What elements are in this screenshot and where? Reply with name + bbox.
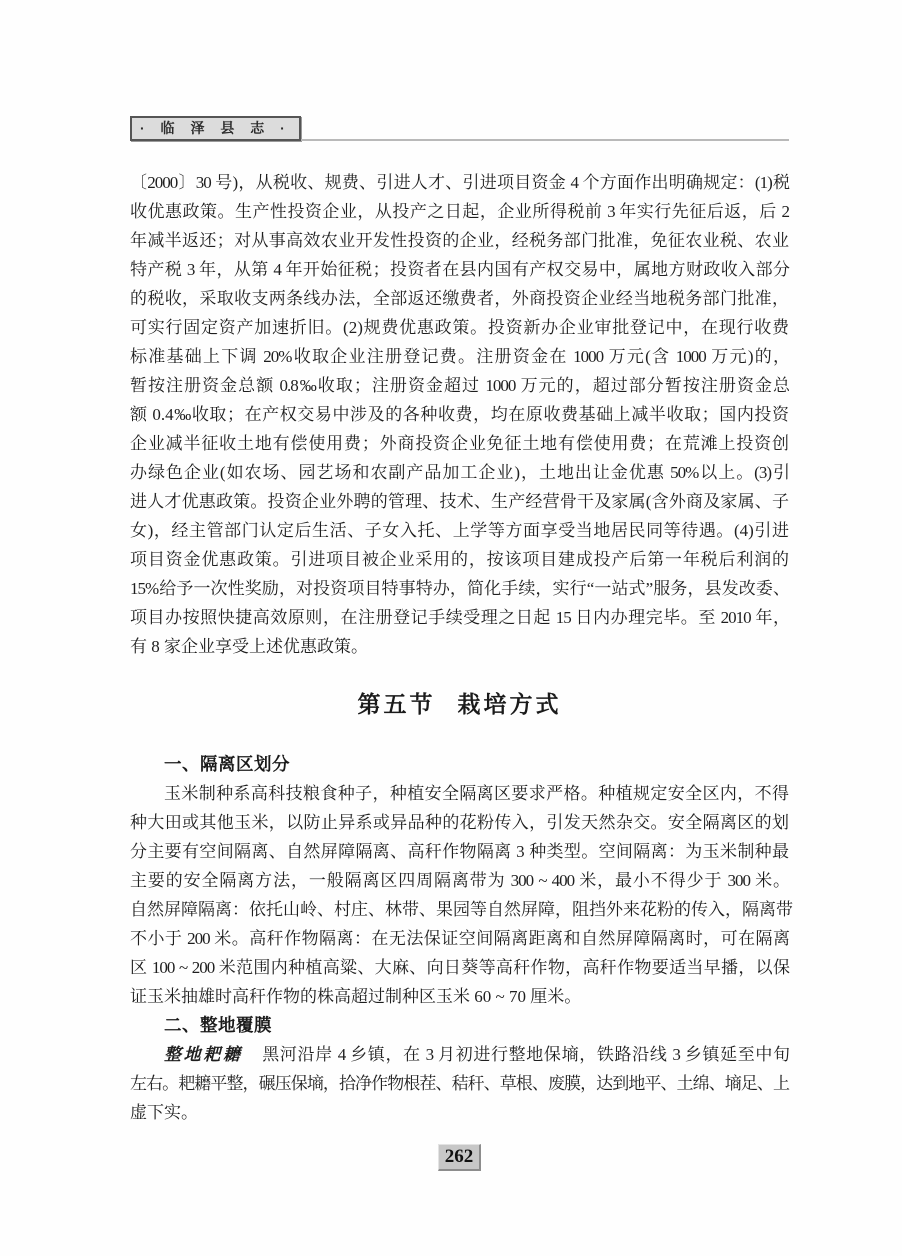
text-line: 15%给予一次性奖励，对投资项目特事特办，简化手续，实行“一站式”服务，县发改委…	[130, 574, 789, 603]
text-line: 虚下实。	[130, 1098, 789, 1127]
text-line: 收优惠政策。生产性投资企业，从投产之日起，企业所得税前 3 年实行先征后返，后 …	[130, 197, 789, 226]
text-line: 可实行固定资产加速折旧。(2)规费优惠政策。投资新办企业审批登记中，在现行收费	[130, 313, 789, 342]
text-line: 区 100 ~ 200 米范围内种植高粱、大麻、向日葵等高秆作物，高秆作物要适当…	[130, 953, 789, 982]
text-line: 〔2000〕30 号)，从税收、规费、引进人才、引进项目资金 4 个方面作出明确…	[130, 168, 789, 197]
text-line: 进人才优惠政策。投资企业外聘的管理、技术、生产经营骨干及家属(含外商及家属、子	[130, 487, 789, 516]
text-line: 种大田或其他玉米，以防止异系或异品种的花粉传入，引发天然杂交。安全隔离区的划	[130, 808, 789, 837]
text-line: 玉米制种系高科技粮食种子，种植安全隔离区要求严格。种植规定安全区内，不得	[130, 779, 789, 808]
subsection-heading-mulching: 二、整地覆膜	[130, 1011, 789, 1040]
text-run: 黑河沿岸 4 乡镇，在 3 月初进行整地保墒，铁路沿线 3 乡镇延至中旬	[261, 1045, 789, 1064]
text-line: 标准基础上下调 20%收取企业注册登记费。注册资金在 1000 万元(含 100…	[130, 342, 789, 371]
mulching-paragraph: 整地耙耱黑河沿岸 4 乡镇，在 3 月初进行整地保墒，铁路沿线 3 乡镇延至中旬…	[130, 1040, 789, 1127]
text-line: 额 0.4‰收取；在产权交易中涉及的各种收费，均在原收费基础上减半收取；国内投资	[130, 400, 789, 429]
book-title-box: · 临 泽 县 志 ·	[130, 116, 301, 141]
page-number: 262	[445, 1146, 474, 1168]
page-number-area: 262	[130, 1144, 789, 1171]
text-line: 项目办按照快捷高效原则，在注册登记手续受理之日起 15 日内办理完毕。至 201…	[130, 603, 789, 632]
text-line: 证玉米抽雄时高秆作物的株高超过制种区玉米 60 ~ 70 厘米。	[130, 982, 789, 1011]
text-line: 年减半返还；对从事高效农业开发性投资的企业，经税务部门批准，免征农业税、农业	[130, 226, 789, 255]
section-title: 栽培方式	[458, 691, 562, 717]
run-in-term: 整地耙耱	[164, 1045, 243, 1064]
text-line: 特产税 3 年，从第 4 年开始征税；投资者在县内国有产权交易中，属地方财政收入…	[130, 255, 789, 284]
header-rule	[301, 116, 789, 141]
subsection-heading-isolation: 一、隔离区划分	[130, 750, 789, 779]
intro-paragraph: 〔2000〕30 号)，从税收、规费、引进人才、引进项目资金 4 个方面作出明确…	[130, 168, 789, 661]
text-line: 左右。耙耱平整，碾压保墒，拾净作物根茬、秸秆、草根、废膜，达到地平、土绵、墒足、…	[130, 1069, 789, 1098]
text-line: 主要的安全隔离方法，一般隔离区四周隔离带为 300 ~ 400 米，最小不得少于…	[130, 866, 789, 895]
text-line: 分主要有空间隔离、自然屏障隔离、高秆作物隔离 3 种类型。空间隔离：为玉米制种最	[130, 837, 789, 866]
section-number: 第五节	[358, 691, 436, 717]
text-line: 有 8 家企业享受上述优惠政策。	[130, 632, 789, 661]
running-header: · 临 泽 县 志 ·	[130, 116, 789, 141]
document-page: · 临 泽 县 志 · 〔2000〕30 号)，从税收、规费、引进人才、引进项目…	[0, 0, 902, 1256]
text-line: 企业减半征收土地有偿使用费；外商投资企业免征土地有偿使用费；在荒滩上投资创	[130, 429, 789, 458]
text-line: 的税收，采取收支两条线办法，全部返还缴费者，外商投资企业经当地税务部门批准，	[130, 284, 789, 313]
text-line: 项目资金优惠政策。引进项目被企业采用的，按该项目建成投产后第一年税后利润的	[130, 545, 789, 574]
text-line: 不小于 200 米。高秆作物隔离：在无法保证空间隔离距离和自然屏障隔离时，可在隔…	[130, 924, 789, 953]
text-line: 自然屏障隔离：依托山岭、村庄、林带、果园等自然屏障，阻挡外来花粉的传入，隔离带	[130, 895, 789, 924]
text-line: 整地耙耱黑河沿岸 4 乡镇，在 3 月初进行整地保墒，铁路沿线 3 乡镇延至中旬	[130, 1040, 789, 1069]
section-heading: 第五节栽培方式	[130, 688, 789, 721]
text-line: 暂按注册资金总额 0.8‰收取；注册资金超过 1000 万元的，超过部分暂按注册…	[130, 371, 789, 400]
isolation-paragraph: 玉米制种系高科技粮食种子，种植安全隔离区要求严格。种植规定安全区内，不得种大田或…	[130, 779, 789, 1011]
text-line: 女)，经主管部门认定后生活、子女入托、上学等方面享受当地居民同等待遇。(4)引进	[130, 516, 789, 545]
book-title: · 临 泽 县 志 ·	[140, 118, 291, 139]
page-content: · 临 泽 县 志 · 〔2000〕30 号)，从税收、规费、引进人才、引进项目…	[130, 0, 789, 1171]
page-number-box: 262	[438, 1144, 482, 1171]
text-line: 办绿色企业(如农场、园艺场和农副产品加工企业)，土地出让金优惠 50%以上。(3…	[130, 458, 789, 487]
